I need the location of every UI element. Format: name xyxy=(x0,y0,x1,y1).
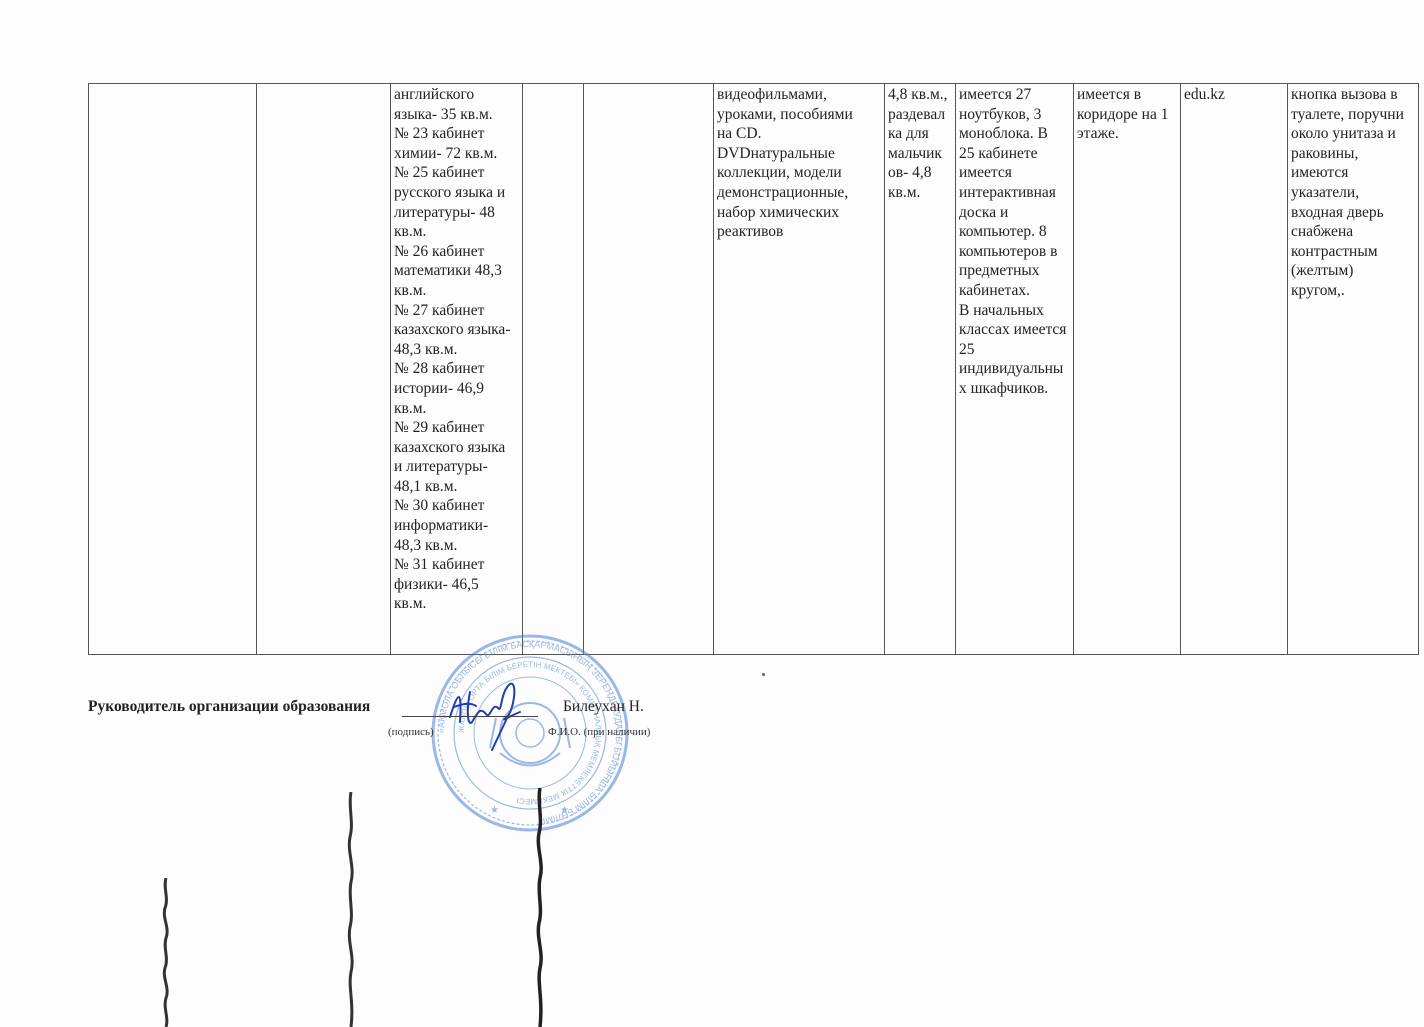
cell-changing-rooms: 4,8 кв.м., раздевал ка для мальчик ов- 4… xyxy=(885,84,956,655)
handwritten-signature-icon xyxy=(440,672,540,752)
svg-text:★: ★ xyxy=(490,805,499,816)
signature-caption: (подпись) xyxy=(388,726,434,738)
cell-location: имеется в коридоре на 1 этаже. xyxy=(1074,84,1181,655)
cell-website: edu.kz xyxy=(1181,84,1288,655)
cell-teaching-materials: видеофильмами, уроками, пособиями на CD.… xyxy=(714,84,885,655)
director-name: Билеухан Н. xyxy=(563,698,644,716)
role-label: Руководитель организации образования xyxy=(88,698,370,716)
table-row: английского языка- 35 кв.м. № 23 кабинет… xyxy=(89,84,1419,655)
cell-computers: имеется 27 ноутбуков, 3 моноблока. В 25 … xyxy=(956,84,1074,655)
scan-speck xyxy=(762,673,765,676)
binding-mark-icon xyxy=(347,792,355,1027)
cell-empty-4 xyxy=(523,84,584,655)
svg-text:★: ★ xyxy=(560,805,569,816)
cell-empty-1 xyxy=(89,84,257,655)
binding-mark-icon xyxy=(536,788,544,1027)
scanned-page: английского языка- 35 кв.м. № 23 кабинет… xyxy=(0,0,1424,1027)
cell-accessibility: кнопка вызова в туалете, поручни около у… xyxy=(1288,84,1419,655)
name-caption: Ф.И.О. (при наличии) xyxy=(548,726,650,738)
cell-empty-2 xyxy=(257,84,391,655)
cell-empty-5 xyxy=(584,84,714,655)
binding-mark-icon xyxy=(162,878,170,1027)
cell-cabinets-list: английского языка- 35 кв.м. № 23 кабинет… xyxy=(391,84,523,655)
facilities-table: английского языка- 35 кв.м. № 23 кабинет… xyxy=(88,83,1419,655)
signature-line xyxy=(402,716,538,717)
